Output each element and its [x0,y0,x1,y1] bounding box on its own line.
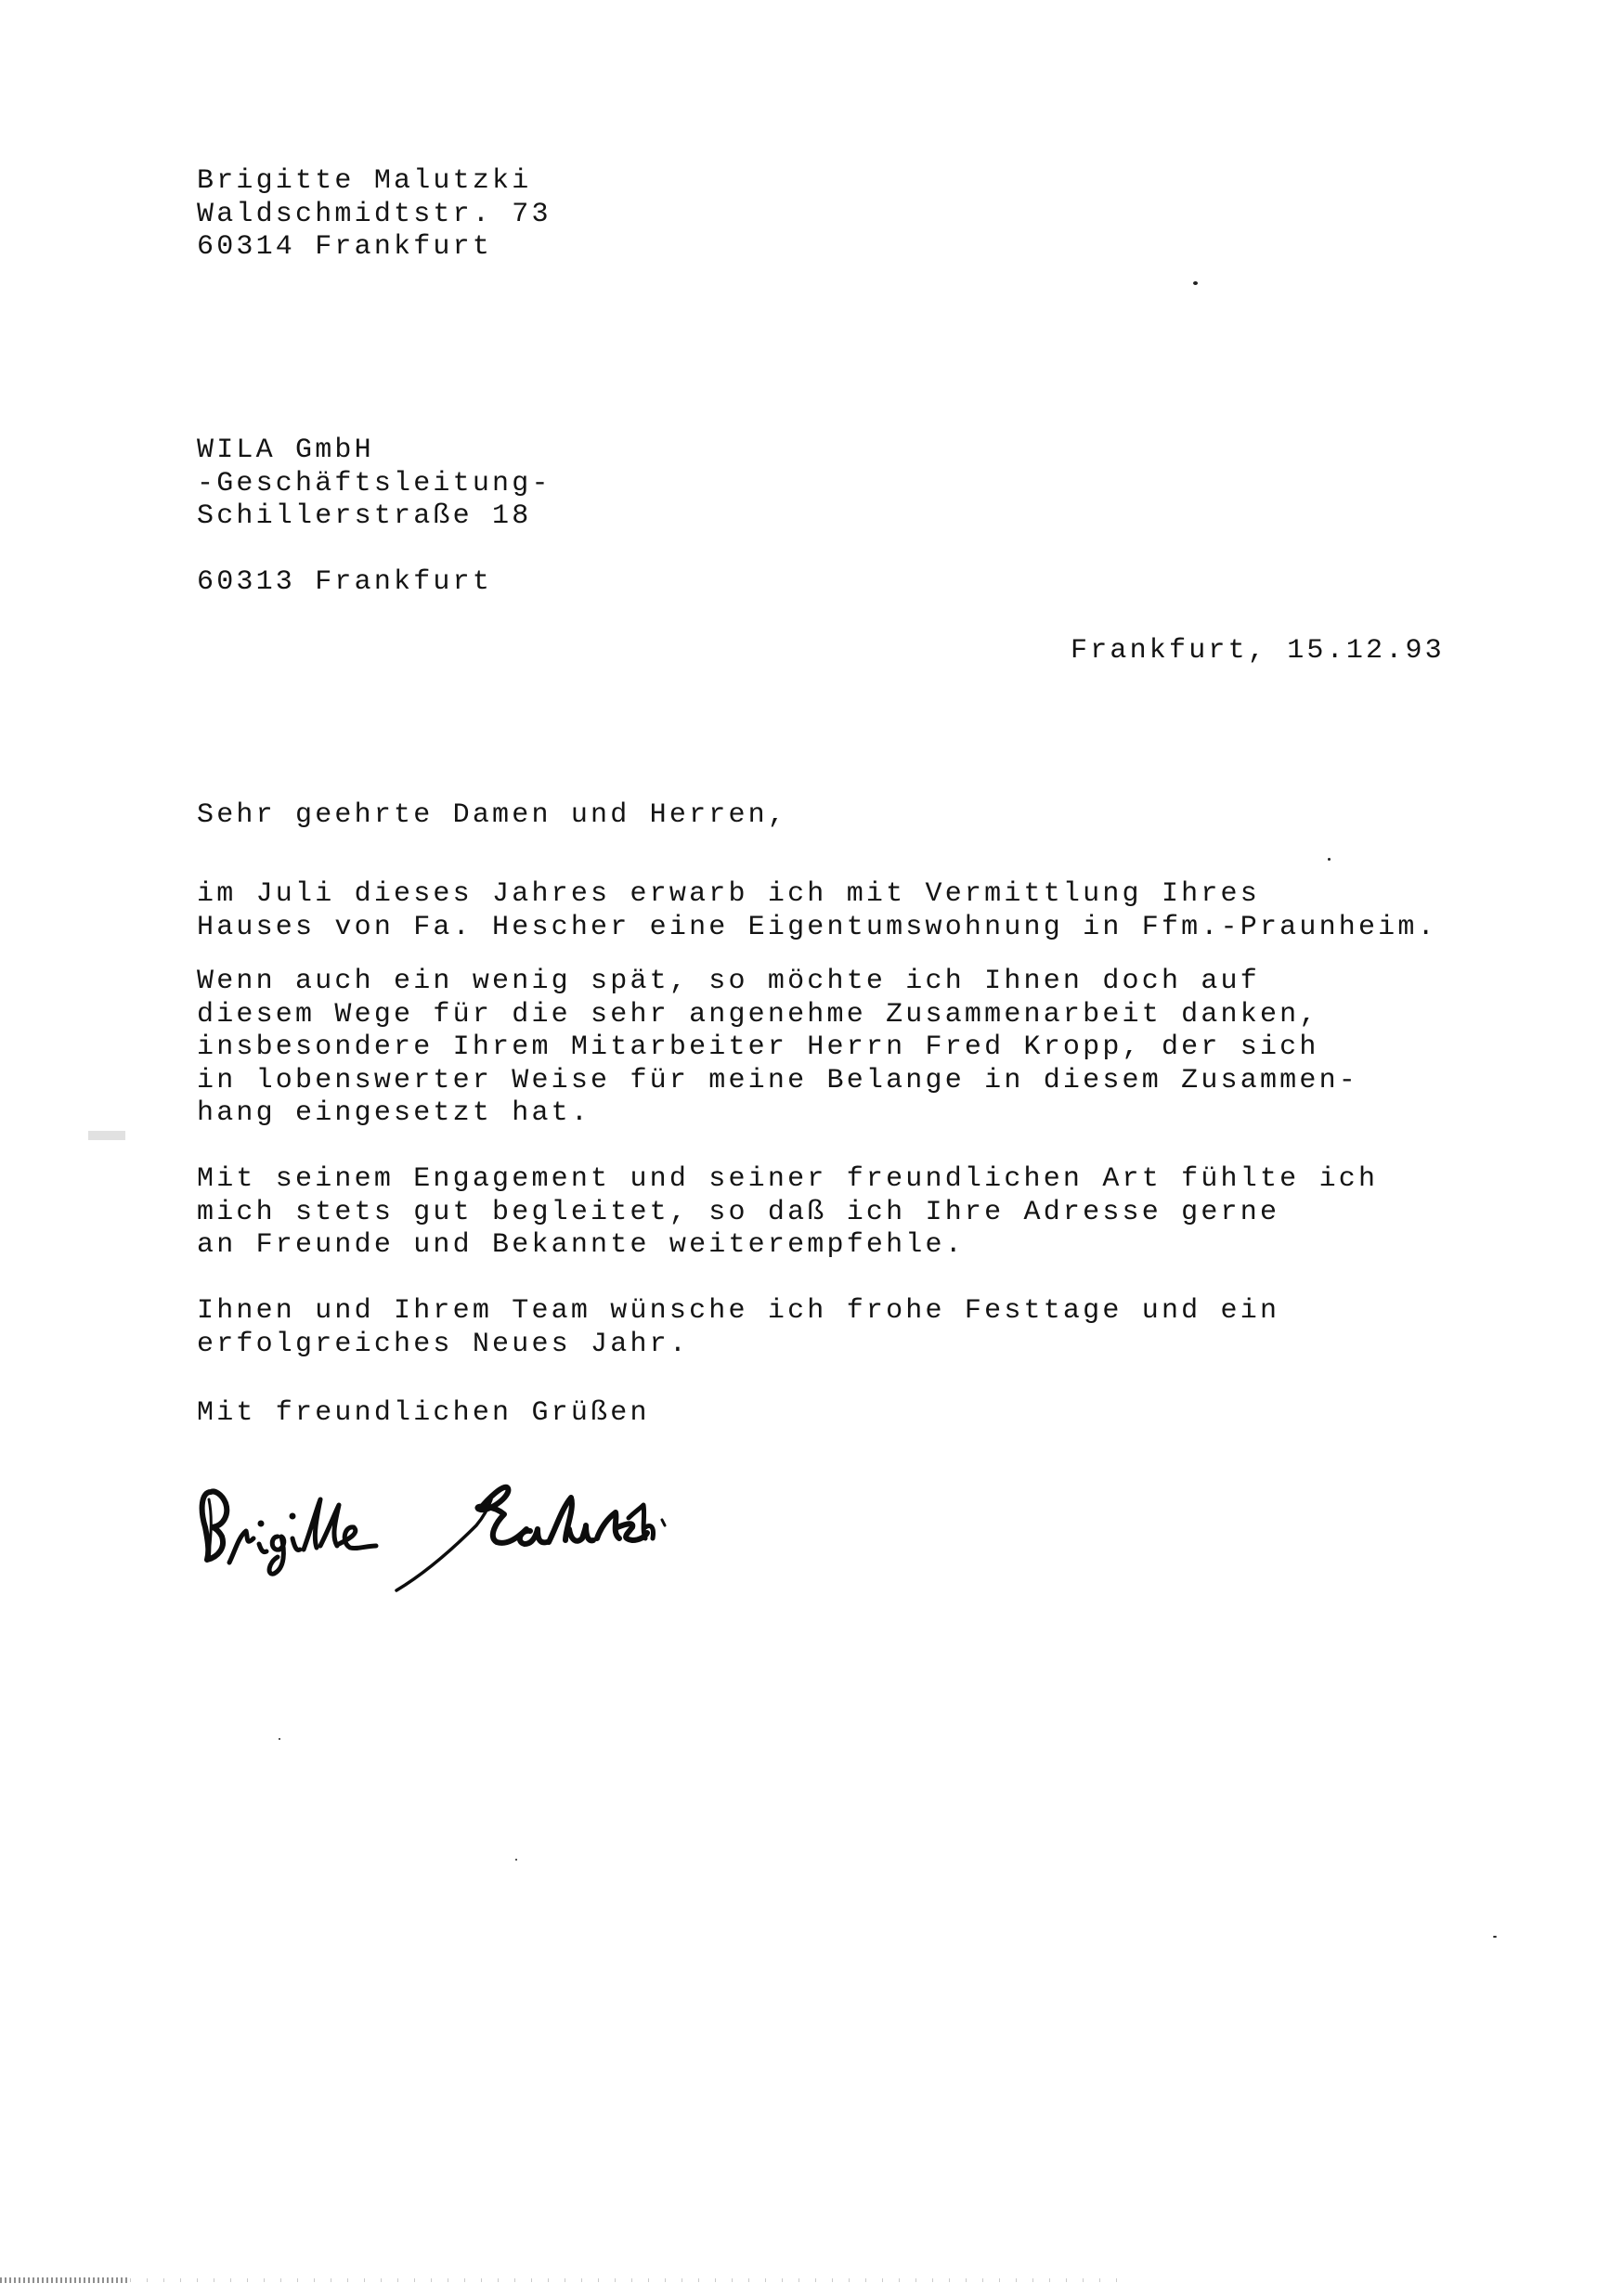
paragraph-line: im Juli dieses Jahres erwarb ich mit Ver… [197,878,1437,912]
recipient-address: WILA GmbH -Geschäftsleitung- Schillerstr… [197,435,552,534]
paragraph-line: an Freunde und Bekannte weiterempfehle. [197,1229,1378,1263]
recipient-company: WILA GmbH [197,435,552,468]
paragraph-line: insbesondere Ihrem Mitarbeiter Herrn Fre… [197,1031,1358,1065]
paragraph-line: in lobenswerter Weise für meine Belange … [197,1065,1358,1098]
scan-noise [88,1131,125,1140]
scan-speck [279,1738,280,1740]
paragraph-3: Mit seinem Engagement und seiner freundl… [197,1163,1378,1263]
closing: Mit freundlichen Grüßen [197,1397,650,1431]
scan-speck [515,1859,517,1861]
salutation-block: Sehr geehrte Damen und Herren, [197,799,787,833]
scan-speck [1493,1936,1497,1938]
sender-address: Brigitte Malutzki Waldschmidtstr. 73 603… [197,165,552,265]
sender-name: Brigitte Malutzki [197,165,552,199]
paragraph-4: Ihnen und Ihrem Team wünsche ich frohe F… [197,1295,1279,1361]
paragraph-2: Wenn auch ein wenig spät, so möchte ich … [197,966,1358,1131]
paragraph-line: hang eingesetzt hat. [197,1097,1358,1131]
scan-speck [1328,858,1331,861]
paragraph-line: mich stets gut begleitet, so daß ich Ihr… [197,1197,1378,1230]
date-line: Frankfurt, 15.12.93 [1071,634,1445,668]
paragraph-line: Ihnen und Ihrem Team wünsche ich frohe F… [197,1295,1279,1329]
paragraph-line: Mit seinem Engagement und seiner freundl… [197,1163,1378,1197]
scan-noise [0,2277,130,2283]
recipient-city: 60313 Frankfurt [197,566,492,600]
salutation: Sehr geehrte Damen und Herren, [197,799,787,833]
paragraph-line: erfolgreiches Neues Jahr. [197,1329,1279,1362]
paragraph-1: im Juli dieses Jahres erwarb ich mit Ver… [197,878,1437,944]
recipient-department: -Geschäftsleitung- [197,468,552,501]
scan-speck [1193,281,1198,285]
signature [181,1472,673,1592]
recipient-street: Schillerstraße 18 [197,500,552,534]
sender-city: 60314 Frankfurt [197,231,552,265]
paragraph-line: Hauses von Fa. Hescher eine Eigentumswoh… [197,912,1437,945]
sender-street: Waldschmidtstr. 73 [197,199,552,232]
paragraph-line: diesem Wege für die sehr angenehme Zusam… [197,999,1358,1032]
closing-block: Mit freundlichen Grüßen [197,1397,650,1431]
recipient-city-block: 60313 Frankfurt [197,566,492,600]
scan-noise [130,2278,1133,2282]
paragraph-line: Wenn auch ein wenig spät, so möchte ich … [197,966,1358,999]
